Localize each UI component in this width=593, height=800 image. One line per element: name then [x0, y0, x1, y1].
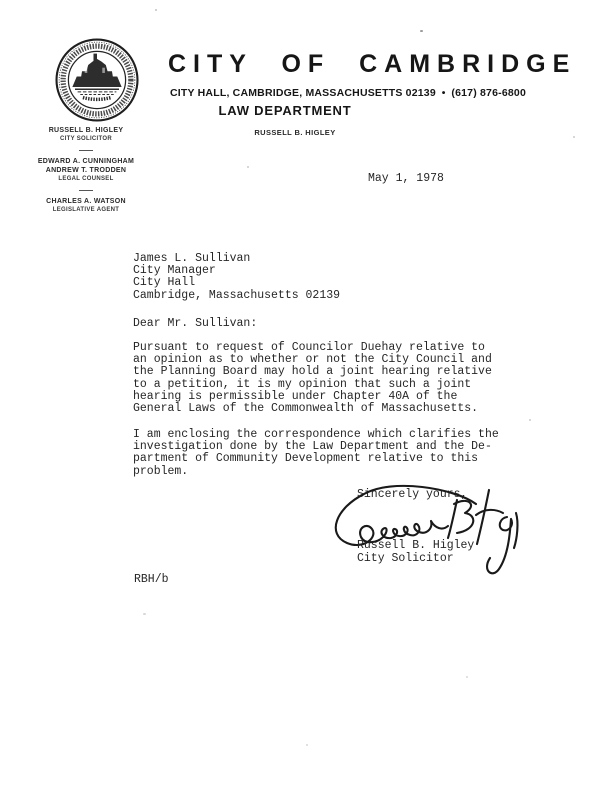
- letterhead-department-head: RUSSELL B. HIGLEY: [170, 128, 420, 137]
- staff-title: LEGISLATIVE AGENT: [16, 206, 156, 214]
- scan-speck: [420, 30, 423, 32]
- typist-reference: RBH/b: [134, 573, 169, 586]
- letterhead-phone: (617) 876-6800: [451, 87, 526, 99]
- scanned-letter-page: CITY OF CAMBRIDGE CITY HALL, CAMBRIDGE, …: [0, 0, 593, 800]
- scan-speck: [247, 166, 249, 168]
- staff-title: LEGAL COUNSEL: [16, 175, 156, 183]
- scan-speck: [529, 419, 531, 421]
- letterhead-separator-dot: •: [442, 87, 446, 99]
- salutation: Dear Mr. Sullivan:: [133, 317, 257, 330]
- letterhead-address-row: CITY HALL, CAMBRIDGE, MASSACHUSETTS 0213…: [170, 87, 526, 99]
- letter-date: May 1, 1978: [368, 172, 444, 185]
- scan-speck: [573, 136, 575, 138]
- staff-name: EDWARD A. CUNNINGHAM: [16, 157, 156, 166]
- scan-speck: [143, 613, 146, 615]
- staff-group-legislative-agent: CHARLES A. WATSON LEGISLATIVE AGENT: [16, 197, 156, 214]
- scan-speck: [306, 744, 308, 746]
- staff-title: CITY SOLICITOR: [16, 135, 156, 143]
- letterhead-title: CITY OF CAMBRIDGE: [168, 50, 576, 79]
- letterhead-department: LAW DEPARTMENT: [170, 103, 400, 118]
- closing-line: Sincerely yours,: [357, 488, 467, 501]
- staff-name: ANDREW T. TRODDEN: [16, 166, 156, 175]
- body-paragraph-2: I am enclosing the correspondence which …: [133, 429, 518, 478]
- recipient-address-block: James L. Sullivan City Manager City Hall…: [133, 253, 340, 302]
- staff-name: RUSSELL B. HIGLEY: [16, 126, 156, 135]
- body-paragraph-1: Pursuant to request of Councilor Duehay …: [133, 342, 518, 415]
- staff-group-city-solicitor: RUSSELL B. HIGLEY CITY SOLICITOR: [16, 126, 156, 143]
- staff-sidebar: RUSSELL B. HIGLEY CITY SOLICITOR EDWARD …: [16, 126, 156, 214]
- letterhead-address: CITY HALL, CAMBRIDGE, MASSACHUSETTS 0213…: [170, 87, 436, 99]
- staff-divider: [79, 150, 93, 151]
- staff-group-legal-counsel: EDWARD A. CUNNINGHAM ANDREW T. TRODDEN L…: [16, 157, 156, 183]
- staff-name: CHARLES A. WATSON: [16, 197, 156, 206]
- scan-speck: [155, 9, 157, 11]
- signature-typed-block: Russell B. Higley City Solicitor: [357, 539, 474, 565]
- city-seal-icon: [52, 36, 142, 124]
- staff-divider: [79, 190, 93, 191]
- scan-speck: [466, 676, 468, 678]
